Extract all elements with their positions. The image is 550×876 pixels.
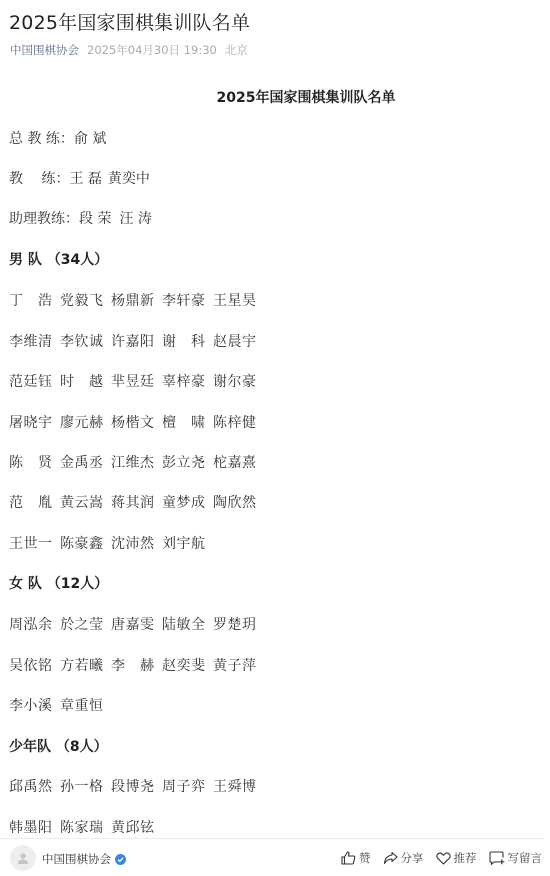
head-coach-line: 总 教 练： 俞 斌: [9, 128, 106, 148]
player-name: 唐嘉雯: [111, 614, 162, 634]
player-name: 邱禹然: [9, 776, 60, 796]
womens-team-heading: 女 队 （12人）: [9, 573, 108, 593]
mens-team-row: 丁 浩 党毅飞 杨鼎新 李轩豪 王星昊: [9, 290, 264, 310]
thumbs-up-icon: [341, 851, 356, 865]
player-name: 芈昱廷: [111, 371, 162, 391]
mens-team-row: 范 胤 黄云嵩 蒋其润 童梦成 陶欣然: [9, 492, 264, 512]
article-actions: 赞 分享 推荐 写留言: [341, 850, 542, 866]
player-name: 范廷钰: [9, 371, 60, 391]
player-name: 杨鼎新: [111, 290, 162, 310]
player-name: 童梦成: [162, 492, 213, 512]
player-name: 陈豪鑫: [60, 533, 111, 553]
verified-badge-icon: [115, 854, 126, 865]
youth-team-heading: 少年队 （8人）: [9, 736, 108, 756]
mens-team-row: 王世一 陈豪鑫 沈沛然 刘宇航: [9, 533, 213, 553]
player-name: 杨楷文: [111, 412, 162, 432]
mens-team-row: 李维清 李钦诚 许嘉阳 谢 科 赵晨宇: [9, 331, 264, 351]
head-coach-label: 总 教 练：: [9, 128, 74, 148]
assistant-coaches-label: 助理教练：: [9, 208, 79, 228]
player-name: 蒋其润: [111, 492, 162, 512]
player-name: 李轩豪: [162, 290, 213, 310]
coaches-line: 教 练： 王 磊 黄奕中: [9, 168, 150, 188]
recommend-button[interactable]: 推荐: [436, 850, 477, 866]
player-name: 周泓余: [9, 614, 60, 634]
player-name: 彭立尧: [162, 452, 213, 472]
document-title: 2025年国家围棋集训队名单: [0, 87, 550, 107]
player-name: 段博尧: [111, 776, 162, 796]
womens-team-row: 吴依铭 方若曦 李 赫 赵奕斐 黄子萍: [9, 655, 264, 675]
player-name: 孙一格: [60, 776, 111, 796]
player-name: 韩墨阳: [9, 817, 60, 837]
author-avatar[interactable]: [10, 845, 36, 871]
write-comment-label: 写留言: [508, 850, 543, 866]
player-name: 江维杰: [111, 452, 162, 472]
player-name: 李小溪: [9, 695, 60, 715]
mens-team-row: 陈 贤 金禹丞 江维杰 彭立尧 柁嘉熹: [9, 452, 264, 472]
player-name: 陈家瑞: [60, 817, 111, 837]
player-name: 许嘉阳: [111, 331, 162, 351]
coach-name: 王 磊: [69, 168, 101, 188]
footer-bar: 中国围棋协会 赞 分享 推荐 写留: [0, 845, 550, 875]
mens-team-row: 屠晓宇 廖元赫 杨楷文 檀 啸 陈梓健: [9, 412, 264, 432]
player-name: 陆敏全: [162, 614, 213, 634]
player-name: 李维清: [9, 331, 60, 351]
mens-team-row: 范廷钰 时 越 芈昱廷 辜梓豪 谢尔豪: [9, 371, 264, 391]
player-name: 赵奕斐: [162, 655, 213, 675]
head-coach-name: 俞 斌: [74, 128, 106, 148]
coach-name: 黄奕中: [108, 168, 150, 188]
player-name: 黄子萍: [213, 655, 264, 675]
recommend-label: 推荐: [454, 850, 477, 866]
assistant-coach-name: 汪 涛: [119, 208, 151, 228]
player-name: 王世一: [9, 533, 60, 553]
footer-divider: [0, 838, 545, 839]
player-name: 陈 贤: [9, 452, 60, 472]
player-name: 方若曦: [60, 655, 111, 675]
write-comment-button[interactable]: 写留言: [489, 850, 543, 866]
player-name: 刘宇航: [162, 533, 213, 553]
player-name: 黄云嵩: [60, 492, 111, 512]
youth-team-row: 韩墨阳 陈家瑞 黄邱铉: [9, 817, 162, 837]
coaches-label: 教 练：: [9, 168, 69, 188]
publish-datetime: 2025年04月30日 19:30: [87, 42, 217, 58]
player-name: 金禹丞: [60, 452, 111, 472]
source-account-link[interactable]: 中国围棋协会: [10, 42, 79, 58]
author-name-group[interactable]: 中国围棋协会: [42, 851, 126, 867]
player-name: 谢尔豪: [213, 371, 264, 391]
player-name: 屠晓宇: [9, 412, 60, 432]
player-name: 丁 浩: [9, 290, 60, 310]
share-button[interactable]: 分享: [383, 850, 424, 866]
player-name: 辜梓豪: [162, 371, 213, 391]
player-name: 章重恒: [60, 695, 111, 715]
player-name: 谢 科: [162, 331, 213, 351]
author-name[interactable]: 中国围棋协会: [42, 851, 111, 867]
mens-team-heading: 男 队 （34人）: [9, 249, 108, 269]
player-name: 李钦诚: [60, 331, 111, 351]
player-name: 陈梓健: [213, 412, 264, 432]
player-name: 黄邱铉: [111, 817, 162, 837]
player-name: 於之莹: [60, 614, 111, 634]
player-name: 时 越: [60, 371, 111, 391]
article-title: 2025年国家围棋集训队名单: [9, 8, 250, 35]
player-name: 李 赫: [111, 655, 162, 675]
player-name: 周子弈: [162, 776, 213, 796]
youth-team-row: 邱禹然 孙一格 段博尧 周子弈 王舜博: [9, 776, 264, 796]
player-name: 王星昊: [213, 290, 264, 310]
player-name: 范 胤: [9, 492, 60, 512]
heart-icon: [436, 852, 451, 865]
player-name: 柁嘉熹: [213, 452, 264, 472]
user-silhouette-icon: [17, 852, 29, 865]
player-name: 廖元赫: [60, 412, 111, 432]
publish-location: 北京: [225, 42, 248, 58]
article-meta: 中国围棋协会 2025年04月30日 19:30 北京: [10, 42, 248, 58]
like-button[interactable]: 赞: [341, 850, 371, 866]
womens-team-row: 周泓余 於之莹 唐嘉雯 陆敏全 罗楚玥: [9, 614, 264, 634]
player-name: 党毅飞: [60, 290, 111, 310]
share-label: 分享: [401, 850, 424, 866]
player-name: 沈沛然: [111, 533, 162, 553]
player-name: 陶欣然: [213, 492, 264, 512]
comment-add-icon: [489, 851, 505, 865]
player-name: 吴依铭: [9, 655, 60, 675]
share-arrow-icon: [383, 851, 398, 865]
womens-team-row: 李小溪 章重恒: [9, 695, 111, 715]
player-name: 赵晨宇: [213, 331, 264, 351]
player-name: 罗楚玥: [213, 614, 264, 634]
player-name: 王舜博: [213, 776, 264, 796]
like-label: 赞: [359, 850, 371, 866]
assistant-coach-name: 段 荣: [79, 208, 111, 228]
player-name: 檀 啸: [162, 412, 213, 432]
assistant-coaches-line: 助理教练： 段 荣 汪 涛: [9, 208, 152, 228]
